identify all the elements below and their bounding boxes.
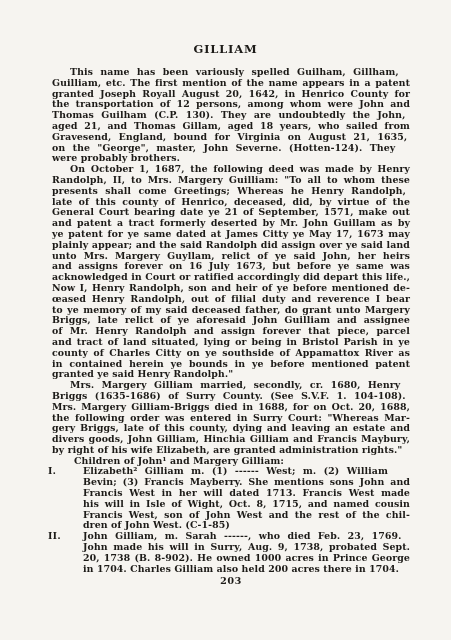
paragraph-3: Mrs. Margery Gilliam married, secondly, … [52, 381, 410, 457]
paragraph-2: On October 1, 1687, the following deed w… [52, 165, 410, 381]
child-entry-2: II. John Gilliam, m. Sarah ------, who d… [52, 532, 410, 575]
page-title: GILLIAM [0, 43, 451, 56]
entry-body: Elizabeth² Gilliam m. (1) ------ West; m… [83, 467, 410, 532]
child-entry-1: I. Elizabeth² Gilliam m. (1) ------ West… [52, 467, 410, 532]
text-line: in 1704. Charles Gilliam also held 200 a… [83, 565, 410, 576]
page-content: This name has been variously spelled Gui… [52, 68, 410, 588]
entry-numeral: I. [48, 467, 56, 478]
book-page: GILLIAM This name has been variously spe… [0, 0, 451, 640]
entry-numeral: II. [48, 532, 61, 543]
paragraph-1: This name has been variously spelled Gui… [52, 68, 410, 165]
entry-body: John Gilliam, m. Sarah ------, who died … [83, 532, 410, 575]
page-number: 203 [52, 576, 410, 588]
